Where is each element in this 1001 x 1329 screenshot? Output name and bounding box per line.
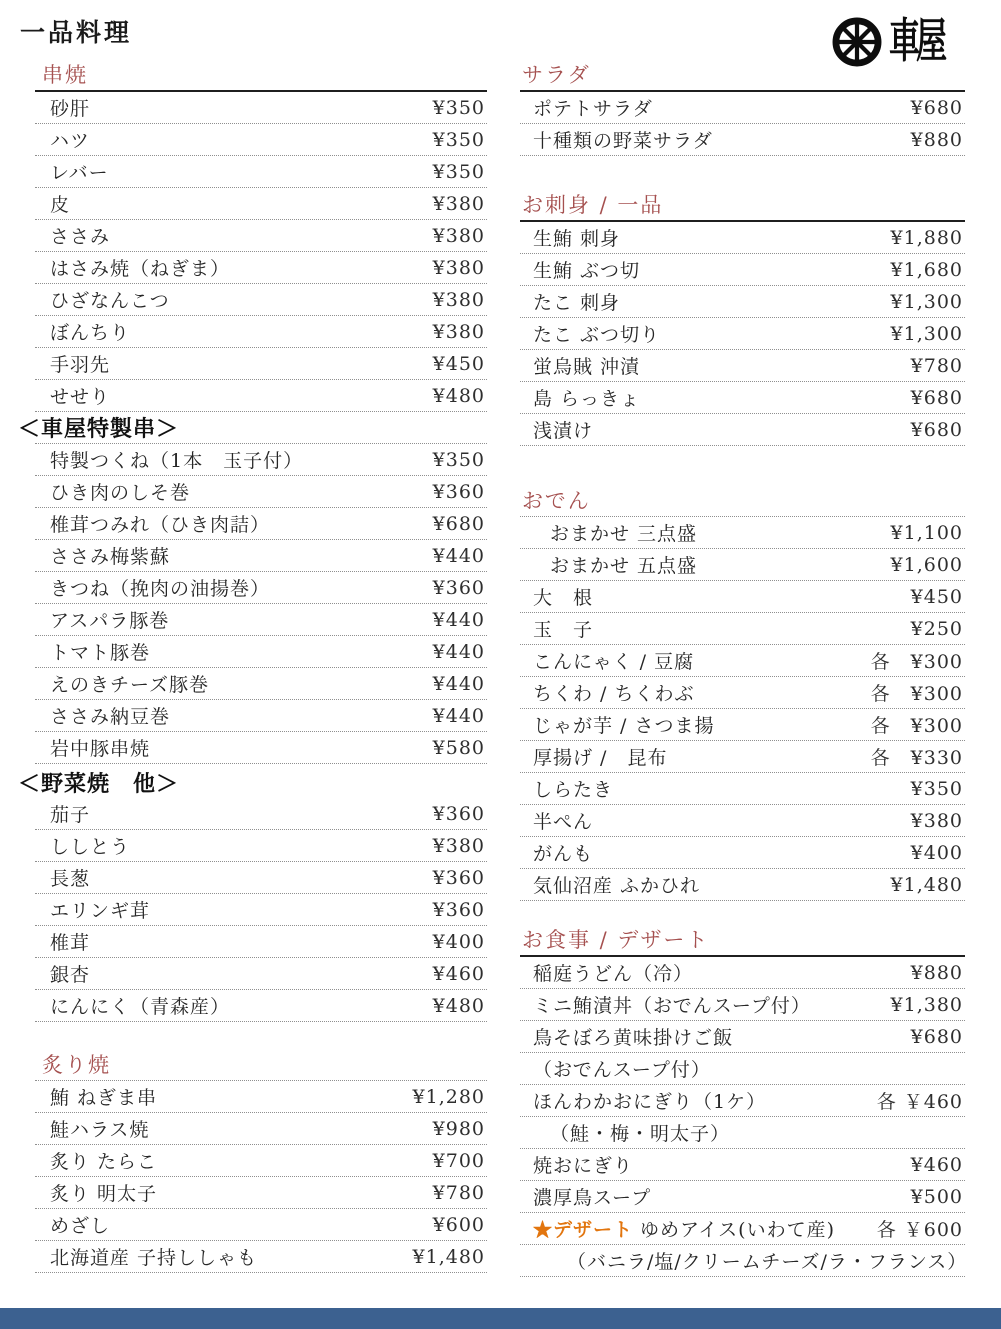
item-price: ¥1,300 bbox=[891, 291, 965, 313]
item-name: 特製つくね（1本 玉子付） bbox=[50, 446, 303, 473]
item-price: ¥440 bbox=[433, 705, 487, 727]
menu-item-row: 濃厚鳥スープ¥500 bbox=[520, 1181, 965, 1213]
item-price: ¥360 bbox=[433, 577, 487, 599]
item-name: ひざなんこつ bbox=[50, 286, 170, 313]
menu-column-right: サラダポテトサラダ¥680十種類の野菜サラダ¥880お刺身 / 一品生鮪 刺身¥… bbox=[520, 62, 965, 1277]
menu-item-row: ひざなんこつ¥380 bbox=[35, 284, 487, 316]
item-name: ミニ鮪漬丼（おでんスープ付） bbox=[533, 991, 811, 1018]
menu-item-row: 蛍烏賊 沖漬¥780 bbox=[520, 350, 965, 382]
item-name: 大 根 bbox=[533, 583, 593, 610]
item-price: 各 ¥300 bbox=[871, 711, 965, 738]
item-price: ¥980 bbox=[433, 1118, 487, 1140]
menu-item-row: レバー¥350 bbox=[35, 156, 487, 188]
item-price: ¥440 bbox=[433, 545, 487, 567]
menu-item-row: ささみ梅紫蘇¥440 bbox=[35, 540, 487, 572]
item-name: ほんわかおにぎり（1ケ） bbox=[533, 1087, 766, 1114]
menu-item-note-row: （おでんスープ付） bbox=[520, 1053, 965, 1085]
menu-item-row: にんにく（青森産）¥480 bbox=[35, 990, 487, 1022]
menu-item-row: 鳥そぼろ黄味掛けご飯¥680 bbox=[520, 1021, 965, 1053]
item-name: えのきチーズ豚巻 bbox=[50, 670, 209, 697]
item-price: ¥360 bbox=[433, 481, 487, 503]
item-name: じゃが芋 / さつま揚 bbox=[533, 711, 714, 738]
menu-item-row: じゃが芋 / さつま揚各 ¥300 bbox=[520, 709, 965, 741]
section-title-kurumaya-special: ＜車屋特製串＞ bbox=[18, 415, 487, 443]
item-price: ¥440 bbox=[433, 673, 487, 695]
menu-item-row: 炙り 明太子¥780 bbox=[35, 1177, 487, 1209]
item-price: ¥380 bbox=[433, 289, 487, 311]
menu-item-row: エリンギ茸¥360 bbox=[35, 894, 487, 926]
item-name: ささみ bbox=[50, 222, 110, 249]
section-kurumaya-special: ＜車屋特製串＞特製つくね（1本 玉子付）¥350ひき肉のしそ巻¥360椎茸つみれ… bbox=[18, 415, 487, 764]
menu-item-note-row: （鮭・梅・明太子） bbox=[520, 1117, 965, 1149]
menu-item-row: ささみ納豆巻¥440 bbox=[35, 700, 487, 732]
item-name: 岩中豚串焼 bbox=[50, 734, 150, 761]
item-price: ¥480 bbox=[433, 385, 487, 407]
item-name: 玉 子 bbox=[533, 615, 593, 642]
menu-item-row: おまかせ 五点盛¥1,600 bbox=[520, 549, 965, 581]
item-name: 鮪 ねぎま串 bbox=[50, 1083, 157, 1110]
menu-item-row: ぼんちり¥380 bbox=[35, 316, 487, 348]
item-name: 浅漬け bbox=[533, 416, 593, 443]
menu-column-left: 串焼砂肝¥350ハツ¥350レバー¥350皮¥380ささみ¥380はさみ焼（ねぎ… bbox=[18, 62, 487, 1277]
item-price: ¥350 bbox=[911, 778, 965, 800]
menu-item-row: 長葱¥360 bbox=[35, 862, 487, 894]
item-price: 各 ¥300 bbox=[871, 647, 965, 674]
item-name: アスパラ豚巻 bbox=[50, 606, 169, 633]
section-rows: ポテトサラダ¥680十種類の野菜サラダ¥880 bbox=[520, 90, 965, 156]
menu-item-row: ひき肉のしそ巻¥360 bbox=[35, 476, 487, 508]
section-sashimi: お刺身 / 一品生鮪 刺身¥1,880生鮪 ぶつ切¥1,680たこ 刺身¥1,3… bbox=[520, 192, 965, 446]
item-name: 北海道産 子持ししゃも bbox=[50, 1243, 257, 1270]
item-price: ¥1,480 bbox=[891, 874, 965, 896]
item-name: 稲庭うどん（冷） bbox=[533, 959, 693, 986]
item-name: 砂肝 bbox=[50, 94, 90, 121]
item-price: ¥350 bbox=[433, 97, 487, 119]
item-name: 焼おにぎり bbox=[533, 1151, 633, 1178]
menu-item-row: ほんわかおにぎり（1ケ）各 ￥460 bbox=[520, 1085, 965, 1117]
section-rows: おまかせ 三点盛¥1,100おまかせ 五点盛¥1,600大 根¥450玉 子¥2… bbox=[520, 516, 965, 901]
section-shokuji-dessert: お食事 / デザート稲庭うどん（冷）¥880ミニ鮪漬丼（おでんスープ付）¥1,3… bbox=[520, 927, 965, 1277]
menu-item-row: 椎茸つみれ（ひき肉詰）¥680 bbox=[35, 508, 487, 540]
item-price: ¥480 bbox=[433, 995, 487, 1017]
item-name: 島 らっきょ bbox=[533, 384, 640, 411]
menu-item-row: ささみ¥380 bbox=[35, 220, 487, 252]
menu-page: { "page": { "title": "一品料理", "logo": { "… bbox=[0, 0, 1001, 1329]
menu-item-row: ミニ鮪漬丼（おでんスープ付）¥1,380 bbox=[520, 989, 965, 1021]
item-price: ¥360 bbox=[433, 867, 487, 889]
item-price: ¥460 bbox=[911, 1154, 965, 1176]
menu-item-row: 岩中豚串焼¥580 bbox=[35, 732, 487, 764]
section-title-kushiyaki: 串焼 bbox=[42, 62, 487, 88]
item-name: ひき肉のしそ巻 bbox=[50, 478, 190, 505]
menu-item-row: こんにゃく / 豆腐各 ¥300 bbox=[520, 645, 965, 677]
item-price: ¥1,300 bbox=[891, 323, 965, 345]
item-name: にんにく（青森産） bbox=[50, 992, 230, 1019]
item-name: ハツ bbox=[50, 126, 90, 153]
item-price: ¥580 bbox=[433, 737, 487, 759]
menu-item-row: 島 らっきょ¥680 bbox=[520, 382, 965, 414]
menu-item-row: 皮¥380 bbox=[35, 188, 487, 220]
item-price: ¥450 bbox=[911, 586, 965, 608]
section-rows: 茄子¥360ししとう¥380長葱¥360エリンギ茸¥360椎茸¥400銀杏¥46… bbox=[35, 798, 487, 1022]
menu-item-row: 鮭ハラス焼¥980 bbox=[35, 1113, 487, 1145]
item-name: 椎茸 bbox=[50, 928, 90, 955]
footer-bar bbox=[0, 1308, 1001, 1329]
menu-item-row: トマト豚巻¥440 bbox=[35, 636, 487, 668]
menu-item-row: 銀杏¥460 bbox=[35, 958, 487, 990]
menu-item-row: ちくわ / ちくわぶ各 ¥300 bbox=[520, 677, 965, 709]
item-name: めざし bbox=[50, 1211, 110, 1238]
menu-item-row: はさみ焼（ねぎま）¥380 bbox=[35, 252, 487, 284]
menu-item-row: 茄子¥360 bbox=[35, 798, 487, 830]
item-name: 炙り 明太子 bbox=[50, 1179, 157, 1206]
item-name: レバー bbox=[50, 158, 109, 185]
menu-item-row: ハツ¥350 bbox=[35, 124, 487, 156]
item-price: ¥680 bbox=[911, 419, 965, 441]
item-price: ¥780 bbox=[433, 1182, 487, 1204]
menu-item-row: めざし¥600 bbox=[35, 1209, 487, 1241]
item-price: ¥380 bbox=[433, 225, 487, 247]
item-name: ししとう bbox=[50, 832, 130, 859]
item-name: 皮 bbox=[50, 190, 70, 217]
menu-item-note-row: （バニラ/塩/クリームチーズ/ラ・フランス） bbox=[520, 1245, 965, 1277]
item-price: ¥1,880 bbox=[891, 227, 965, 249]
item-name: せせり bbox=[50, 382, 110, 409]
item-price: ¥880 bbox=[911, 962, 965, 984]
item-price: ¥1,600 bbox=[891, 554, 965, 576]
section-title-aburiyaki: 炙り焼 bbox=[42, 1052, 487, 1078]
menu-item-row: えのきチーズ豚巻¥440 bbox=[35, 668, 487, 700]
item-name: 気仙沼産 ふかひれ bbox=[533, 871, 700, 898]
item-price: ¥780 bbox=[911, 355, 965, 377]
menu-item-row: 手羽先¥450 bbox=[35, 348, 487, 380]
item-price: ¥440 bbox=[433, 609, 487, 631]
dessert-star-label: ★デザート bbox=[533, 1219, 633, 1241]
item-name: おまかせ 五点盛 bbox=[550, 551, 697, 578]
menu-item-row: 炙り たらこ¥700 bbox=[35, 1145, 487, 1177]
section-title-yasai: ＜野菜焼 他＞ bbox=[18, 770, 487, 798]
section-title-shokuji-dessert: お食事 / デザート bbox=[522, 927, 965, 953]
item-name: 半ぺん bbox=[533, 807, 593, 834]
menu-item-row: 焼おにぎり¥460 bbox=[520, 1149, 965, 1181]
section-kushiyaki: 串焼砂肝¥350ハツ¥350レバー¥350皮¥380ささみ¥380はさみ焼（ねぎ… bbox=[18, 62, 487, 412]
item-name: 銀杏 bbox=[50, 960, 90, 987]
item-name: たこ 刺身 bbox=[533, 288, 620, 315]
item-price: 各 ¥330 bbox=[871, 743, 965, 770]
item-name: 長葱 bbox=[50, 864, 90, 891]
item-name: おまかせ 三点盛 bbox=[550, 519, 697, 546]
item-name: しらたき bbox=[533, 775, 613, 802]
page-header: 一品料理 車屋 bbox=[0, 0, 1001, 62]
section-oden: おでんおまかせ 三点盛¥1,100おまかせ 五点盛¥1,600大 根¥450玉 … bbox=[520, 488, 965, 901]
item-name: 生鮪 ぶつ切 bbox=[533, 256, 640, 283]
item-price: 各 ￥600 bbox=[877, 1215, 965, 1242]
menu-item-row: 生鮪 刺身¥1,880 bbox=[520, 222, 965, 254]
item-price: ¥360 bbox=[433, 899, 487, 921]
item-price: ¥400 bbox=[911, 842, 965, 864]
page-title: 一品料理 bbox=[20, 16, 132, 50]
item-price: ¥880 bbox=[911, 129, 965, 151]
menu-item-row: 生鮪 ぶつ切¥1,680 bbox=[520, 254, 965, 286]
menu-item-row: しらたき¥350 bbox=[520, 773, 965, 805]
item-name: ポテトサラダ bbox=[533, 94, 653, 121]
item-name: ぼんちり bbox=[50, 318, 130, 345]
menu-item-row: 鮪 ねぎま串¥1,280 bbox=[35, 1081, 487, 1113]
section-rows: 特製つくね（1本 玉子付）¥350ひき肉のしそ巻¥360椎茸つみれ（ひき肉詰）¥… bbox=[35, 443, 487, 764]
section-yasai: ＜野菜焼 他＞茄子¥360ししとう¥380長葱¥360エリンギ茸¥360椎茸¥4… bbox=[18, 770, 487, 1022]
item-name: （鮭・梅・明太子） bbox=[550, 1119, 730, 1146]
item-name: 椎茸つみれ（ひき肉詰） bbox=[50, 510, 270, 537]
item-price: ¥1,680 bbox=[891, 259, 965, 281]
item-price: ¥380 bbox=[433, 257, 487, 279]
item-price: ¥440 bbox=[433, 641, 487, 663]
section-title-oden: おでん bbox=[522, 488, 965, 514]
section-salad: サラダポテトサラダ¥680十種類の野菜サラダ¥880 bbox=[520, 62, 965, 156]
menu-item-row: 大 根¥450 bbox=[520, 581, 965, 613]
item-price: ¥680 bbox=[911, 97, 965, 119]
item-price: ¥350 bbox=[433, 161, 487, 183]
item-price: 各 ¥300 bbox=[871, 679, 965, 706]
wheel-icon bbox=[830, 15, 884, 69]
menu-item-row: がんも¥400 bbox=[520, 837, 965, 869]
item-price: ¥680 bbox=[911, 1026, 965, 1048]
item-name: ★デザート ゆめアイス(いわて産) bbox=[533, 1215, 835, 1242]
item-price: ¥450 bbox=[433, 353, 487, 375]
menu-item-row: たこ 刺身¥1,300 bbox=[520, 286, 965, 318]
item-name: ちくわ / ちくわぶ bbox=[533, 679, 694, 706]
brand-kanji: 車屋 bbox=[889, 14, 943, 70]
item-name: 炙り たらこ bbox=[50, 1147, 157, 1174]
menu-item-row: 十種類の野菜サラダ¥880 bbox=[520, 124, 965, 156]
item-price: ¥680 bbox=[911, 387, 965, 409]
menu-item-row: 浅漬け¥680 bbox=[520, 414, 965, 446]
item-price: ¥1,480 bbox=[413, 1246, 487, 1268]
menu-item-row: 玉 子¥250 bbox=[520, 613, 965, 645]
menu-item-row: きつね（挽肉の油揚巻）¥360 bbox=[35, 572, 487, 604]
item-price: ¥360 bbox=[433, 803, 487, 825]
item-price: ¥380 bbox=[433, 835, 487, 857]
menu-item-row: ししとう¥380 bbox=[35, 830, 487, 862]
section-rows: 砂肝¥350ハツ¥350レバー¥350皮¥380ささみ¥380はさみ焼（ねぎま）… bbox=[35, 90, 487, 412]
section-rows: 鮪 ねぎま串¥1,280鮭ハラス焼¥980炙り たらこ¥700炙り 明太子¥78… bbox=[35, 1080, 487, 1273]
item-price: ¥1,380 bbox=[891, 994, 965, 1016]
item-name: （おでんスープ付） bbox=[533, 1055, 711, 1082]
menu-item-row: 厚揚げ / 昆布各 ¥330 bbox=[520, 741, 965, 773]
menu-item-row: 特製つくね（1本 玉子付）¥350 bbox=[35, 444, 487, 476]
item-name: 厚揚げ / 昆布 bbox=[533, 743, 667, 770]
item-name: 蛍烏賊 沖漬 bbox=[533, 352, 640, 379]
item-name: 鮭ハラス焼 bbox=[50, 1115, 149, 1142]
item-price: 各 ￥460 bbox=[877, 1087, 965, 1114]
section-rows: 生鮪 刺身¥1,880生鮪 ぶつ切¥1,680たこ 刺身¥1,300たこ ぶつ切… bbox=[520, 220, 965, 446]
menu-item-row: 半ぺん¥380 bbox=[520, 805, 965, 837]
item-price: ¥700 bbox=[433, 1150, 487, 1172]
menu-columns: 串焼砂肝¥350ハツ¥350レバー¥350皮¥380ささみ¥380はさみ焼（ねぎ… bbox=[0, 62, 1001, 1277]
item-name: 濃厚鳥スープ bbox=[533, 1183, 651, 1210]
item-name: はさみ焼（ねぎま） bbox=[50, 254, 230, 281]
item-price: ¥500 bbox=[911, 1186, 965, 1208]
item-name: こんにゃく / 豆腐 bbox=[533, 647, 694, 674]
item-price: ¥460 bbox=[433, 963, 487, 985]
item-price: ¥350 bbox=[433, 129, 487, 151]
item-price: ¥250 bbox=[911, 618, 965, 640]
item-name: たこ ぶつ切り bbox=[533, 320, 660, 347]
item-price: ¥600 bbox=[433, 1214, 487, 1236]
menu-item-row: ★デザート ゆめアイス(いわて産)各 ￥600 bbox=[520, 1213, 965, 1245]
menu-item-row: アスパラ豚巻¥440 bbox=[35, 604, 487, 636]
item-price: ¥1,100 bbox=[891, 522, 965, 544]
menu-item-row: たこ ぶつ切り¥1,300 bbox=[520, 318, 965, 350]
item-name: 鳥そぼろ黄味掛けご飯 bbox=[533, 1023, 733, 1050]
menu-item-row: 気仙沼産 ふかひれ¥1,480 bbox=[520, 869, 965, 901]
item-name: （バニラ/塩/クリームチーズ/ラ・フランス） bbox=[567, 1247, 967, 1274]
menu-item-row: 椎茸¥400 bbox=[35, 926, 487, 958]
item-name: 茄子 bbox=[50, 800, 90, 827]
menu-item-row: 北海道産 子持ししゃも¥1,480 bbox=[35, 1241, 487, 1273]
item-price: ¥350 bbox=[433, 449, 487, 471]
item-name: 手羽先 bbox=[50, 350, 110, 377]
item-name: トマト豚巻 bbox=[50, 638, 150, 665]
menu-item-row: ポテトサラダ¥680 bbox=[520, 92, 965, 124]
section-aburiyaki: 炙り焼鮪 ねぎま串¥1,280鮭ハラス焼¥980炙り たらこ¥700炙り 明太子… bbox=[18, 1052, 487, 1273]
section-title-sashimi: お刺身 / 一品 bbox=[522, 192, 965, 218]
item-name: 生鮪 刺身 bbox=[533, 224, 620, 251]
item-price: ¥380 bbox=[911, 810, 965, 832]
item-price: ¥400 bbox=[433, 931, 487, 953]
section-rows: 稲庭うどん（冷）¥880ミニ鮪漬丼（おでんスープ付）¥1,380鳥そぼろ黄味掛け… bbox=[520, 955, 965, 1277]
menu-item-row: 稲庭うどん（冷）¥880 bbox=[520, 957, 965, 989]
item-price: ¥1,280 bbox=[413, 1086, 487, 1108]
item-name: エリンギ茸 bbox=[50, 896, 150, 923]
item-name: がんも bbox=[533, 839, 593, 866]
item-name: 十種類の野菜サラダ bbox=[533, 126, 713, 153]
item-name: きつね（挽肉の油揚巻） bbox=[50, 574, 270, 601]
menu-item-row: せせり¥480 bbox=[35, 380, 487, 412]
item-name: ささみ梅紫蘇 bbox=[50, 542, 170, 569]
item-name: ささみ納豆巻 bbox=[50, 702, 170, 729]
item-price: ¥680 bbox=[433, 513, 487, 535]
item-price: ¥380 bbox=[433, 321, 487, 343]
menu-item-row: おまかせ 三点盛¥1,100 bbox=[520, 517, 965, 549]
menu-item-row: 砂肝¥350 bbox=[35, 92, 487, 124]
item-price: ¥380 bbox=[433, 193, 487, 215]
